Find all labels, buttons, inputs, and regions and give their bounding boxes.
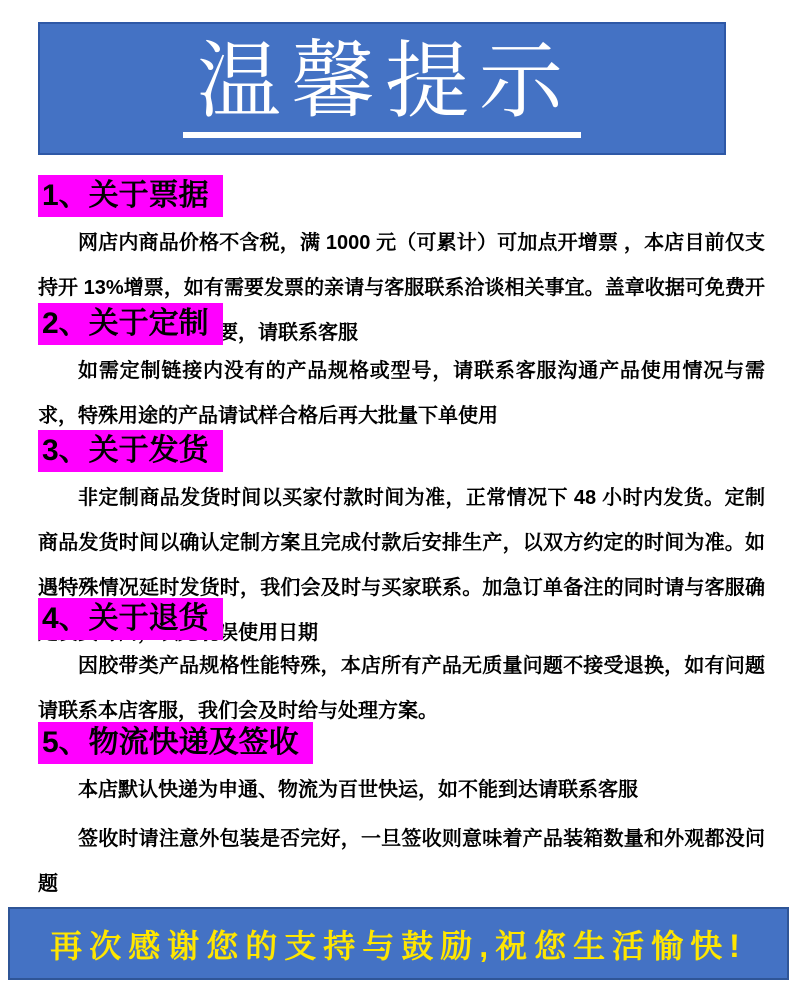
section-paragraph: 如需定制链接内没有的产品规格或型号，请联系客服沟通产品使用情况与需求，特殊用途的… <box>38 349 765 439</box>
section-heading: 5、物流快递及签收 <box>38 722 313 764</box>
section-heading: 4、关于退货 <box>38 598 223 640</box>
section-heading: 1、关于票据 <box>38 175 223 217</box>
footer-message: 再次感谢您的支持与鼓励,祝您生活愉快! <box>50 921 747 967</box>
section-5: 5、物流快递及签收本店默认快递为申通、物流为百世快运，如不能到达请联系客服签收时… <box>38 722 765 907</box>
section-heading: 2、关于定制 <box>38 303 223 345</box>
section-4: 4、关于退货因胶带类产品规格性能特殊，本店所有产品无质量问题不接受退换，如有问题… <box>38 598 765 734</box>
section-paragraph: 签收时请注意外包装是否完好，一旦签收则意味着产品装箱数量和外观都没问题 <box>38 817 765 907</box>
section-2: 2、关于定制如需定制链接内没有的产品规格或型号，请联系客服沟通产品使用情况与需求… <box>38 303 765 439</box>
header-banner: 温馨提示 <box>38 22 726 155</box>
page-title: 温馨提示 <box>183 39 581 137</box>
section-paragraph: 本店默认快递为申通、物流为百世快运，如不能到达请联系客服 <box>38 768 765 813</box>
footer-banner: 再次感谢您的支持与鼓励,祝您生活愉快! <box>8 907 789 980</box>
section-heading: 3、关于发货 <box>38 430 223 472</box>
section-paragraph: 因胶带类产品规格性能特殊，本店所有产品无质量问题不接受退换，如有问题请联系本店客… <box>38 644 765 734</box>
warm-tips-page: 温馨提示 1、关于票据网店内商品价格不含税，满 1000 元（可累计）可加点开增… <box>0 0 800 1000</box>
